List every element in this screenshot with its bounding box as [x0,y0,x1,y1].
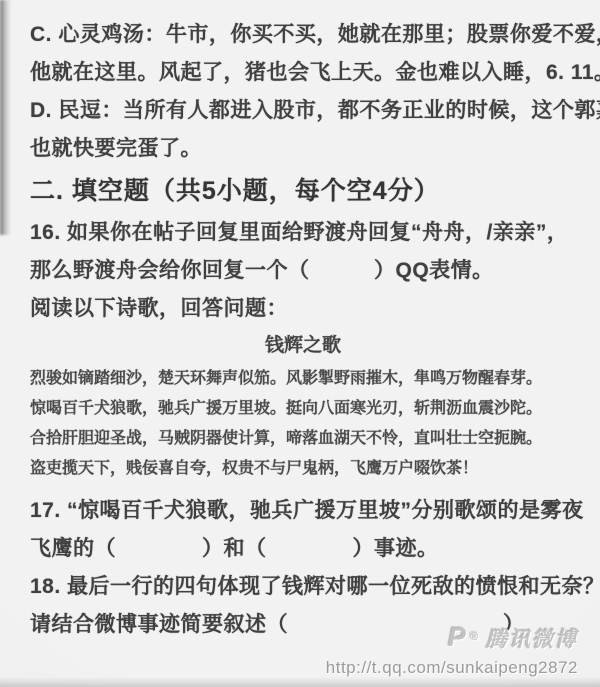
question-17: 17. “惊喝百千犬狼歌，驰兵广援万里坡”分别歌颂的是雾夜 飞鹰的（ ）和（ ）… [30,492,576,568]
option-d-line-1: D. 民逗：当所有人都进入股市，都不务正业的时候，这个郭嘉 [30,92,576,130]
poem-title: 钱辉之歌 [30,328,576,364]
tencent-weibo-logo: P®腾讯微博 [326,624,578,655]
question-16-line-1: 16. 如果你在帖子回复里面给野渡舟回复“舟舟，/亲亲”， [30,214,576,252]
tencent-weibo-logo-text: 腾讯微博 [486,628,578,651]
poem-line-2: 惊喝百千犬狼歌，驰兵广援万里坡。挺向八面寒光刃，斩荆沥血震沙陀。 [30,394,576,424]
tencent-weibo-watermark: P®腾讯微博 http://t.qq.com/sunkaipeng2872 [326,624,578,681]
question-17-line-2: 飞鹰的（ ）和（ ）事迹。 [30,530,576,568]
watermark-url: http://t.qq.com/sunkaipeng2872 [326,655,578,681]
exam-content: C. 心灵鸡汤：牛市，你买不买，她就在那里；股票你爱不爱， 他就在这里。风起了，… [0,0,600,644]
option-c-line-2: 他就在这里。风起了，猪也会飞上天。金也难以入睡，6. 11。 [30,54,576,92]
section-heading: 二. 填空题（共5小题，每个空4分） [30,168,576,214]
poem-line-1: 烈骏如镝踏细沙，楚天环舞声似笳。风影掣野雨摧木，隼鸣万物醒春芽。 [30,364,576,394]
poem-line-4: 盗吏揽天下，贱佞喜自夸，权贵不与尸鬼柄，飞鹰万户啜饮茶！ [30,454,576,484]
option-d-line-2: 也就快要完蛋了。 [30,130,576,168]
exam-photo-page: C. 心灵鸡汤：牛市，你买不买，她就在那里；股票你爱不爱， 他就在这里。风起了，… [0,0,600,687]
question-18-line-1: 18. 最后一行的四句体现了钱辉对哪一位死敌的愤恨和无奈？ [30,568,576,606]
tencent-weibo-p-icon: P [448,622,468,652]
question-17-line-1: 17. “惊喝百千犬狼歌，驰兵广援万里坡”分别歌颂的是雾夜 [30,492,576,530]
poem-line-3: 合拾肝胆迎圣战，马贼阴器使计算，啼落血湖天不怜，直叫壮士空扼腕。 [30,424,576,454]
registered-mark-icon: ® [470,631,480,643]
reading-prompt: 阅读以下诗歌，回答问题： [30,290,576,328]
question-16-line-2: 那么野渡舟会给你回复一个（ ）QQ表情。 [30,252,576,290]
option-c-line-1: C. 心灵鸡汤：牛市，你买不买，她就在那里；股票你爱不爱， [30,16,576,54]
